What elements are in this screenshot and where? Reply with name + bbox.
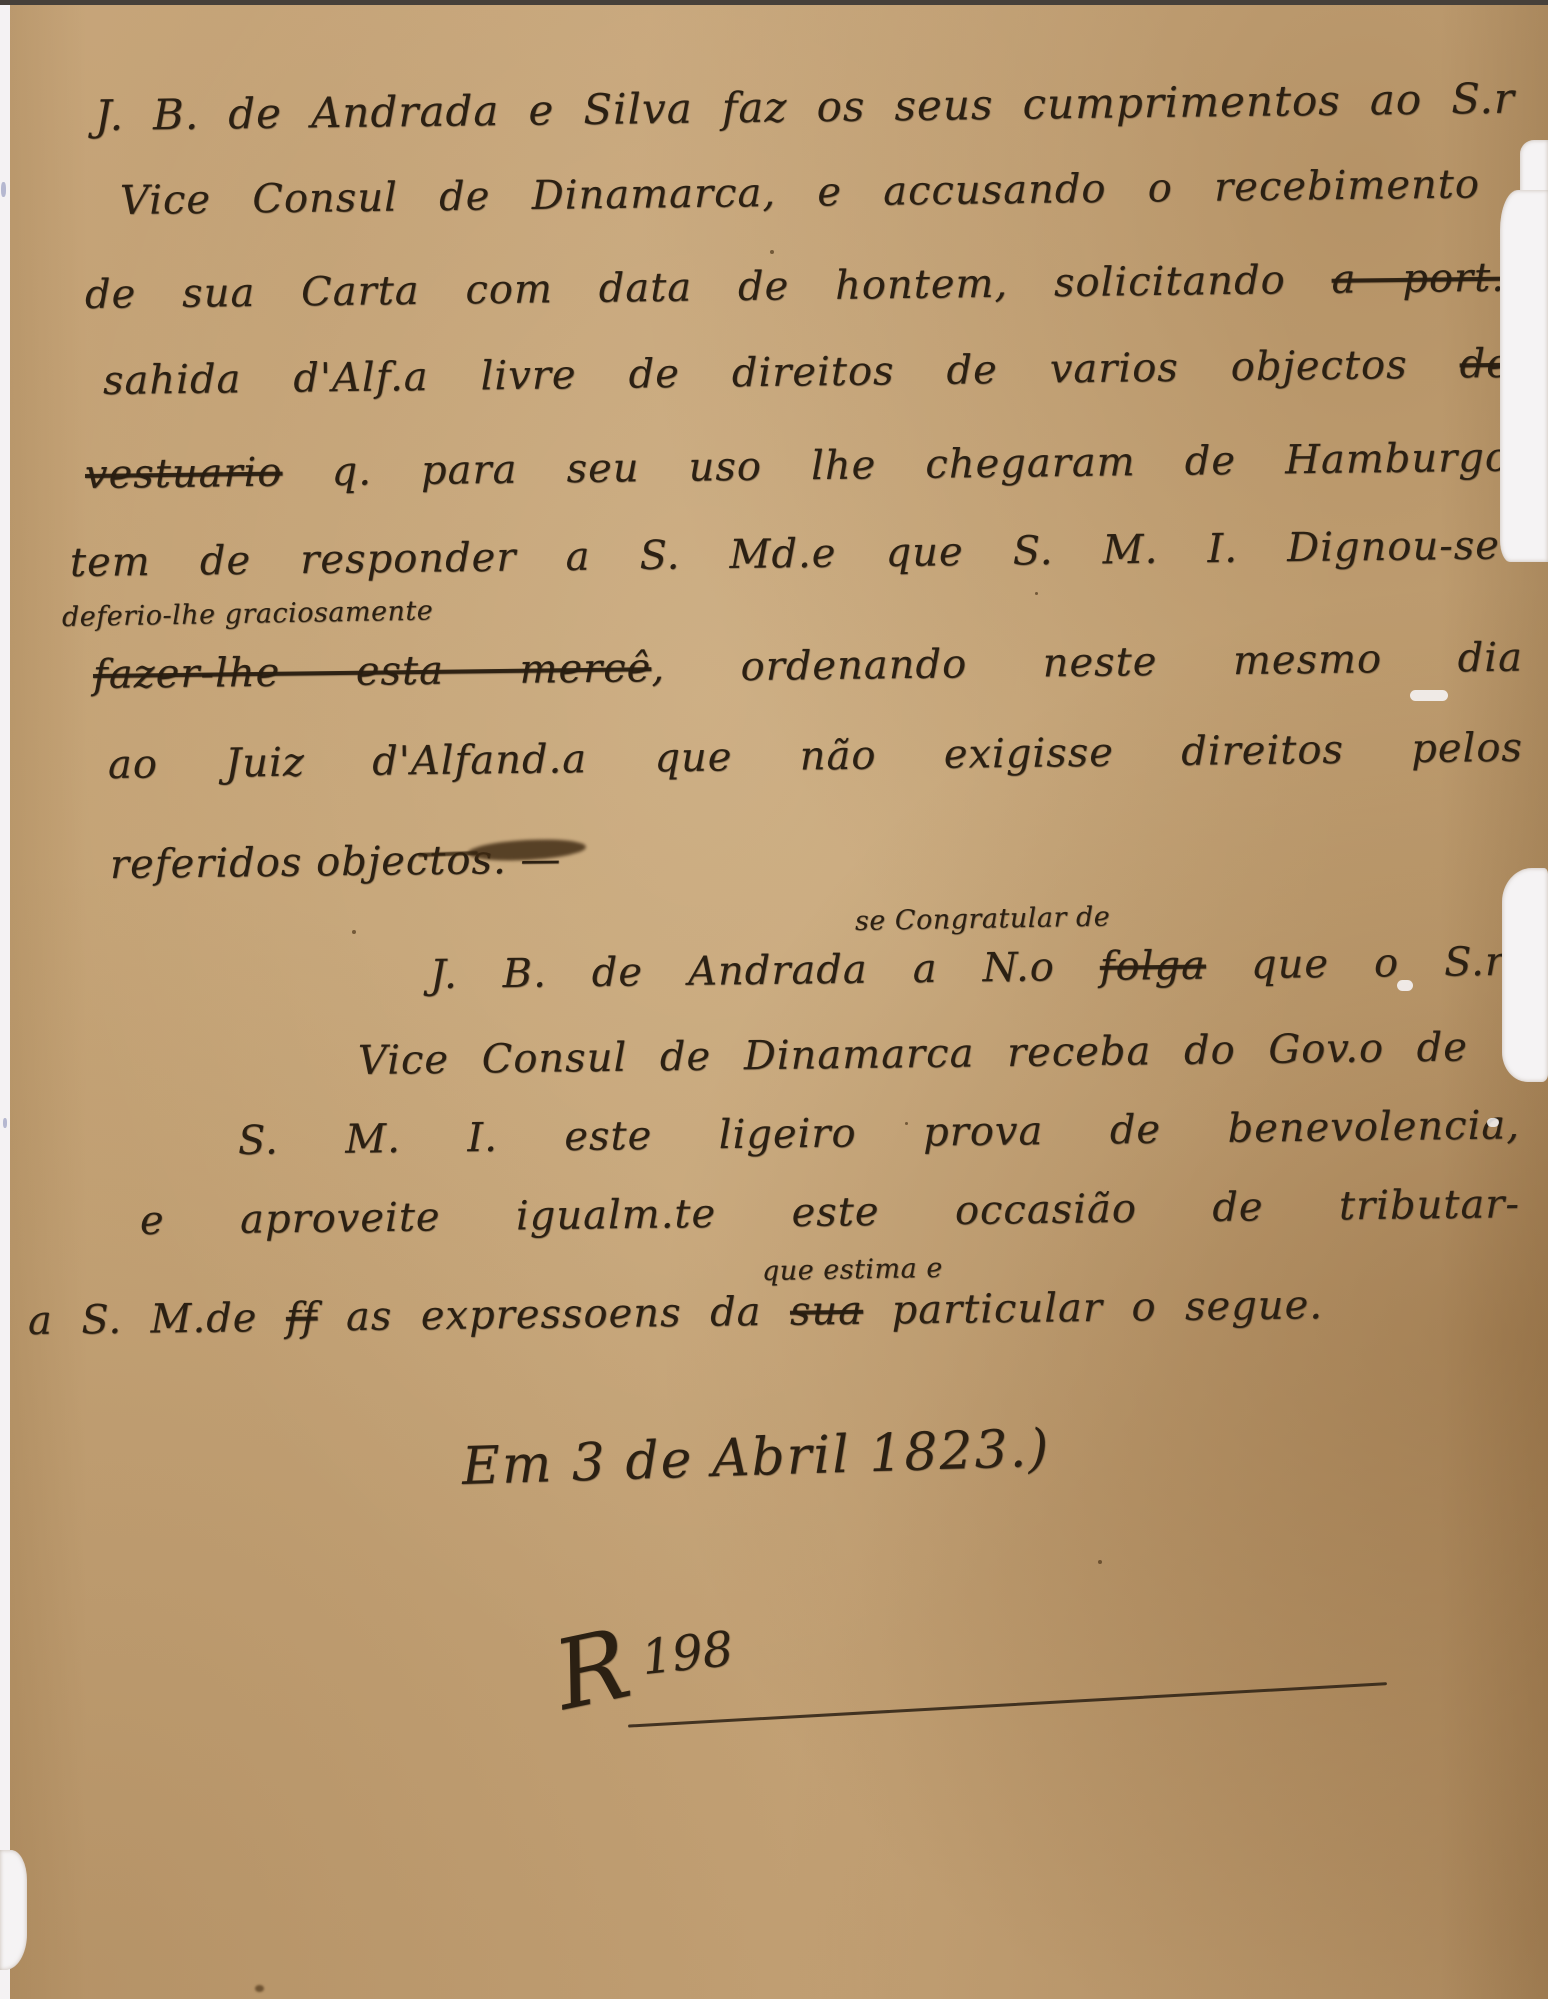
interlinear-insertion: deferio-lhe graciosamente xyxy=(62,596,434,634)
line-text: particular o segue. xyxy=(863,1282,1323,1334)
edge-fleck xyxy=(1,182,6,197)
rubric-flourish: R xyxy=(545,1608,639,1733)
registry-number: 198 xyxy=(639,1621,736,1686)
registry-mark: R198 xyxy=(554,1609,736,1727)
line-text: que o S.r xyxy=(1206,939,1506,989)
torn-paper-patch xyxy=(1502,868,1548,1082)
torn-paper-patch xyxy=(0,1850,27,1970)
line-text: a S. M.de xyxy=(28,1295,286,1344)
insertion-text: deferio-lhe graciosamente xyxy=(62,596,434,633)
struck-text: folga xyxy=(1100,943,1207,990)
struck-text: vestuario xyxy=(85,450,283,498)
paper-smudge xyxy=(255,1985,264,1992)
paper-speck xyxy=(1098,1560,1102,1564)
torn-paper-patch xyxy=(1410,690,1448,701)
paper-speck xyxy=(905,1122,908,1125)
torn-paper-patch xyxy=(1487,1118,1499,1127)
paper-speck xyxy=(352,930,356,934)
paper-speck xyxy=(770,250,774,254)
torn-paper-patch xyxy=(1397,980,1413,991)
struck-text: fazer-lhe esta mercê xyxy=(93,645,652,698)
manuscript-scan: J. B. de Andrada e Silva faz os seus cum… xyxy=(0,0,1548,1999)
interlinear-insertion: se Congratular de xyxy=(855,902,1111,937)
paper-speck xyxy=(1035,592,1038,595)
struck-text: ff xyxy=(286,1294,318,1340)
edge-fleck xyxy=(3,1118,7,1128)
interlinear-insertion: que estima e xyxy=(762,1253,943,1287)
torn-paper-patch xyxy=(1500,190,1548,562)
line-text: as expressoens da xyxy=(317,1289,790,1341)
line-text: J. B. de Andrada a N.o xyxy=(430,944,1100,998)
struck-text: sua xyxy=(790,1288,864,1335)
insertion-text: se Congratular de xyxy=(855,902,1111,937)
insertion-text: que estima e xyxy=(762,1253,943,1287)
paper-top-edge xyxy=(0,0,1548,5)
struck-text: a port. xyxy=(1331,255,1505,303)
